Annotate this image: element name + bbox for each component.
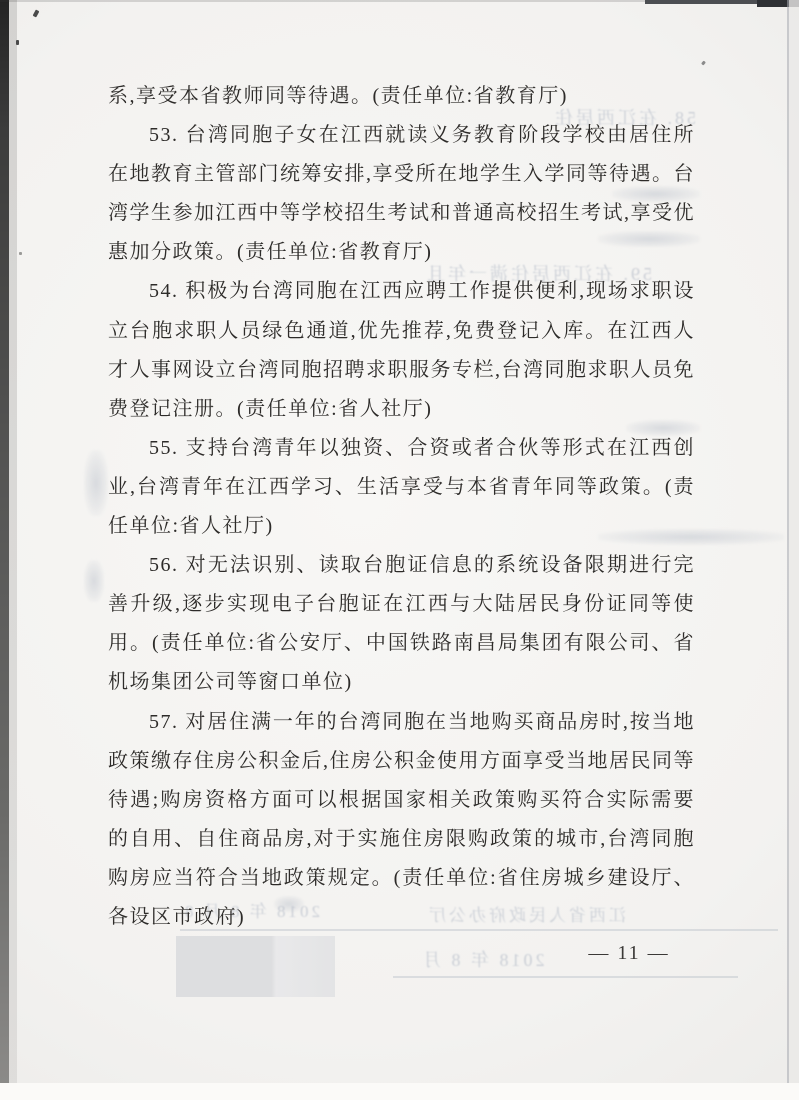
- bleedthrough-smudge: [84, 450, 108, 516]
- scanned-document-page: 58. 在江西居住59. 在江西居住满一年且2018 年 8 月 8江西省人民政…: [0, 0, 799, 1100]
- scan-edge-left-strip: [0, 0, 9, 1083]
- scan-edge-right-line: [787, 0, 789, 1100]
- paragraph: 56. 对无法识别、读取台胞证信息的系统设备限期进行完善升级,逐步实现电子台胞证…: [108, 546, 695, 702]
- page-number: — 11 —: [566, 942, 692, 965]
- paragraph: 54. 积极为台湾同胞在江西应聘工作提供便利,现场求职设立台胞求职人员绿色通道,…: [108, 272, 695, 428]
- bleedthrough-text: 2018 年 8 月: [420, 946, 545, 972]
- document-text: 系,享受本省教师同等待遇。(责任单位:省教育厅)53. 台湾同胞子女在江西就读义…: [108, 77, 695, 937]
- dust-speck: [19, 252, 22, 255]
- dust-speck: [2, 40, 7, 45]
- paragraph: 53. 台湾同胞子女在江西就读义务教育阶段学校由居住所在地教育主管部门统筹安排,…: [108, 116, 695, 272]
- bleedthrough-smudge: [84, 560, 104, 602]
- scan-edge-bottom: [0, 1083, 799, 1100]
- scan-edge-right-column: [789, 0, 799, 1100]
- dust-speck: [16, 40, 19, 45]
- paragraph: 57. 对居住满一年的台湾同胞在当地购买商品房时,按当地政策缴存住房公积金后,住…: [108, 703, 695, 938]
- bleedthrough-gray-patch: [176, 936, 335, 997]
- scan-edge-left-shadow: [9, 0, 17, 1083]
- paragraph: 系,享受本省教师同等待遇。(责任单位:省教育厅): [108, 77, 695, 116]
- paragraph: 55. 支持台湾青年以独资、合资或者合伙等形式在江西创业,台湾青年在江西学习、生…: [108, 429, 695, 546]
- bleedthrough-rule: [393, 976, 738, 978]
